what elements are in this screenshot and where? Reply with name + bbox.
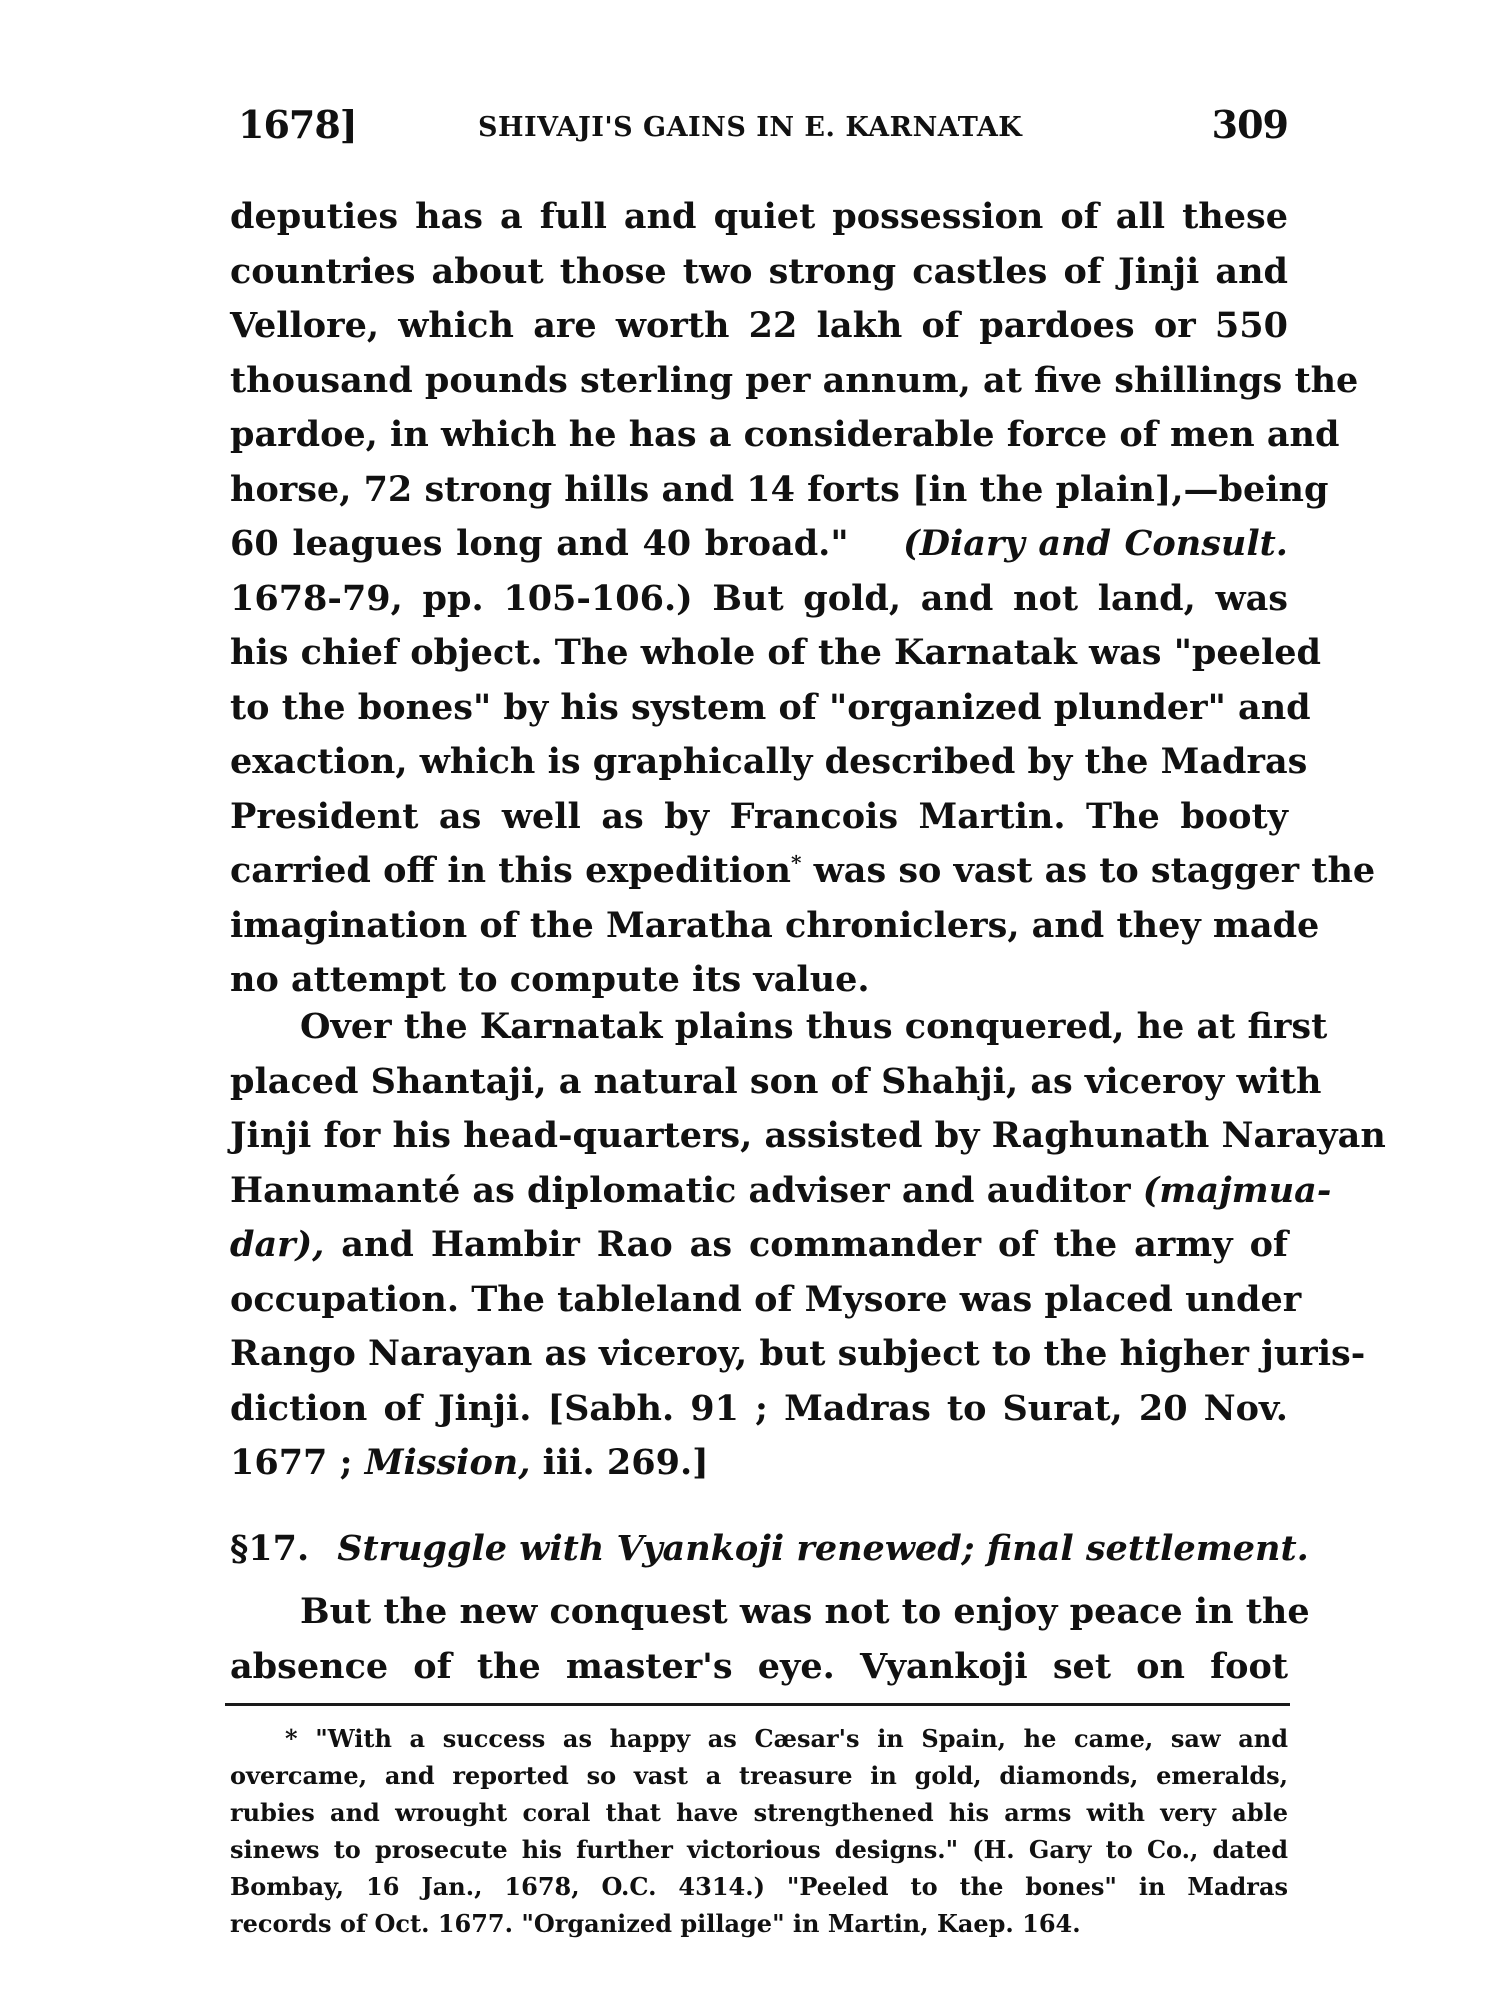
section-title: Struggle with Vyankoji renewed; final se… [337,1528,1309,1569]
text-line: Jinji for his head-quarters, assisted by… [230,1109,1288,1164]
citation: (Diary and Consult. [903,523,1288,564]
italic-term: Mission, [365,1442,531,1483]
text-line: But the new conquest was not to enjoy pe… [230,1585,1288,1640]
text-line: absence of the master's eye. Vyankoji se… [230,1640,1288,1695]
footnote-line: overcame, and reported so vast a treasur… [230,1757,1288,1794]
text-line: Vellore, which are worth 22 lakh of pard… [230,299,1288,354]
running-head-year: 1678] [238,102,357,147]
text-segment: carried off in this expedition [230,850,791,891]
italic-term: (majmua- [1143,1170,1332,1211]
running-head: 1678] SHIVAJI'S GAINS IN E. KARNATAK 309 [238,102,1288,162]
text-line: deputies has a full and quiet possession… [230,190,1288,245]
text-line: placed Shantaji, a natural son of Shahji… [230,1055,1288,1110]
text-segment: 1677 ; [230,1442,353,1483]
text-segment: Hanumanté as diplomatic adviser and audi… [230,1170,1131,1211]
text-line: diction of Jinji. [Sabh. 91 ; Madras to … [230,1382,1288,1437]
footnote: * "With a success as happy as Cæsar's in… [230,1720,1288,1942]
text-line: Over the Karnatak plains thus conquered,… [230,1000,1288,1055]
text-line: 1678-79, pp. 105-106.) But gold, and not… [230,572,1288,627]
text-line: Hanumanté as diplomatic adviser and audi… [230,1164,1288,1219]
text-line: countries about those two strong castles… [230,245,1288,300]
text-line: 60 leagues long and 40 broad." (Diary an… [230,517,1288,572]
footnote-line: * "With a success as happy as Cæsar's in… [230,1720,1288,1757]
section-number: §17. [230,1528,309,1569]
text-line: horse, 72 strong hills and 14 forts [in … [230,463,1288,518]
footnote-line: rubies and wrought coral that have stren… [230,1794,1288,1831]
footnote-marker: * [285,1724,298,1753]
text-line: 1677 ; Mission, iii. 269.] [230,1436,1288,1491]
text-line: occupation. The tableland of Mysore was … [230,1273,1288,1328]
text-segment: "With a success as happy as Cæsar's in S… [315,1724,1288,1753]
text-line: carried off in this expedition* was so v… [230,844,1288,899]
paragraph-2: Over the Karnatak plains thus conquered,… [230,1000,1288,1491]
text-line: President as well as by Francois Martin.… [230,790,1288,845]
quote-end: 60 leagues long and 40 broad." [230,523,849,564]
text-line: his chief object. The whole of the Karna… [230,626,1288,681]
footnote-line: Bombay, 16 Jan., 1678, O.C. 4314.) "Peel… [230,1868,1288,1905]
running-head-title: SHIVAJI'S GAINS IN E. KARNATAK [478,112,1022,143]
text-line: pardoe, in which he has a considerable f… [230,408,1288,463]
paragraph-3: But the new conquest was not to enjoy pe… [230,1585,1288,1694]
footnote-line: records of Oct. 1677. "Organized pillage… [230,1905,1288,1942]
paragraph-1: deputies has a full and quiet possession… [230,190,1288,1008]
footnote-line: sinews to prosecute his further victorio… [230,1831,1288,1868]
text-line: Rango Narayan as viceroy, but subject to… [230,1327,1288,1382]
page-number: 309 [1212,102,1288,147]
text-line: thousand pounds sterling per annum, at f… [230,354,1288,409]
italic-term: dar), [230,1224,324,1265]
section-heading: §17.Struggle with Vyankoji renewed; fina… [230,1528,1288,1569]
text-line: dar), and Hambir Rao as commander of the… [230,1218,1288,1273]
text-segment: was so vast as to stagger the [801,850,1375,891]
text-line: exaction, which is graphically described… [230,735,1288,790]
footnote-marker[interactable]: * [791,850,801,874]
text-line: imagination of the Maratha chroniclers, … [230,899,1288,954]
text-line: to the bones" by his system of "organize… [230,681,1288,736]
text-segment: and Hambir Rao as commander of the army … [341,1224,1288,1265]
text-segment: iii. 269.] [530,1442,708,1483]
footnote-divider [225,1703,1290,1706]
book-page: 1678] SHIVAJI'S GAINS IN E. KARNATAK 309… [0,0,1500,2000]
